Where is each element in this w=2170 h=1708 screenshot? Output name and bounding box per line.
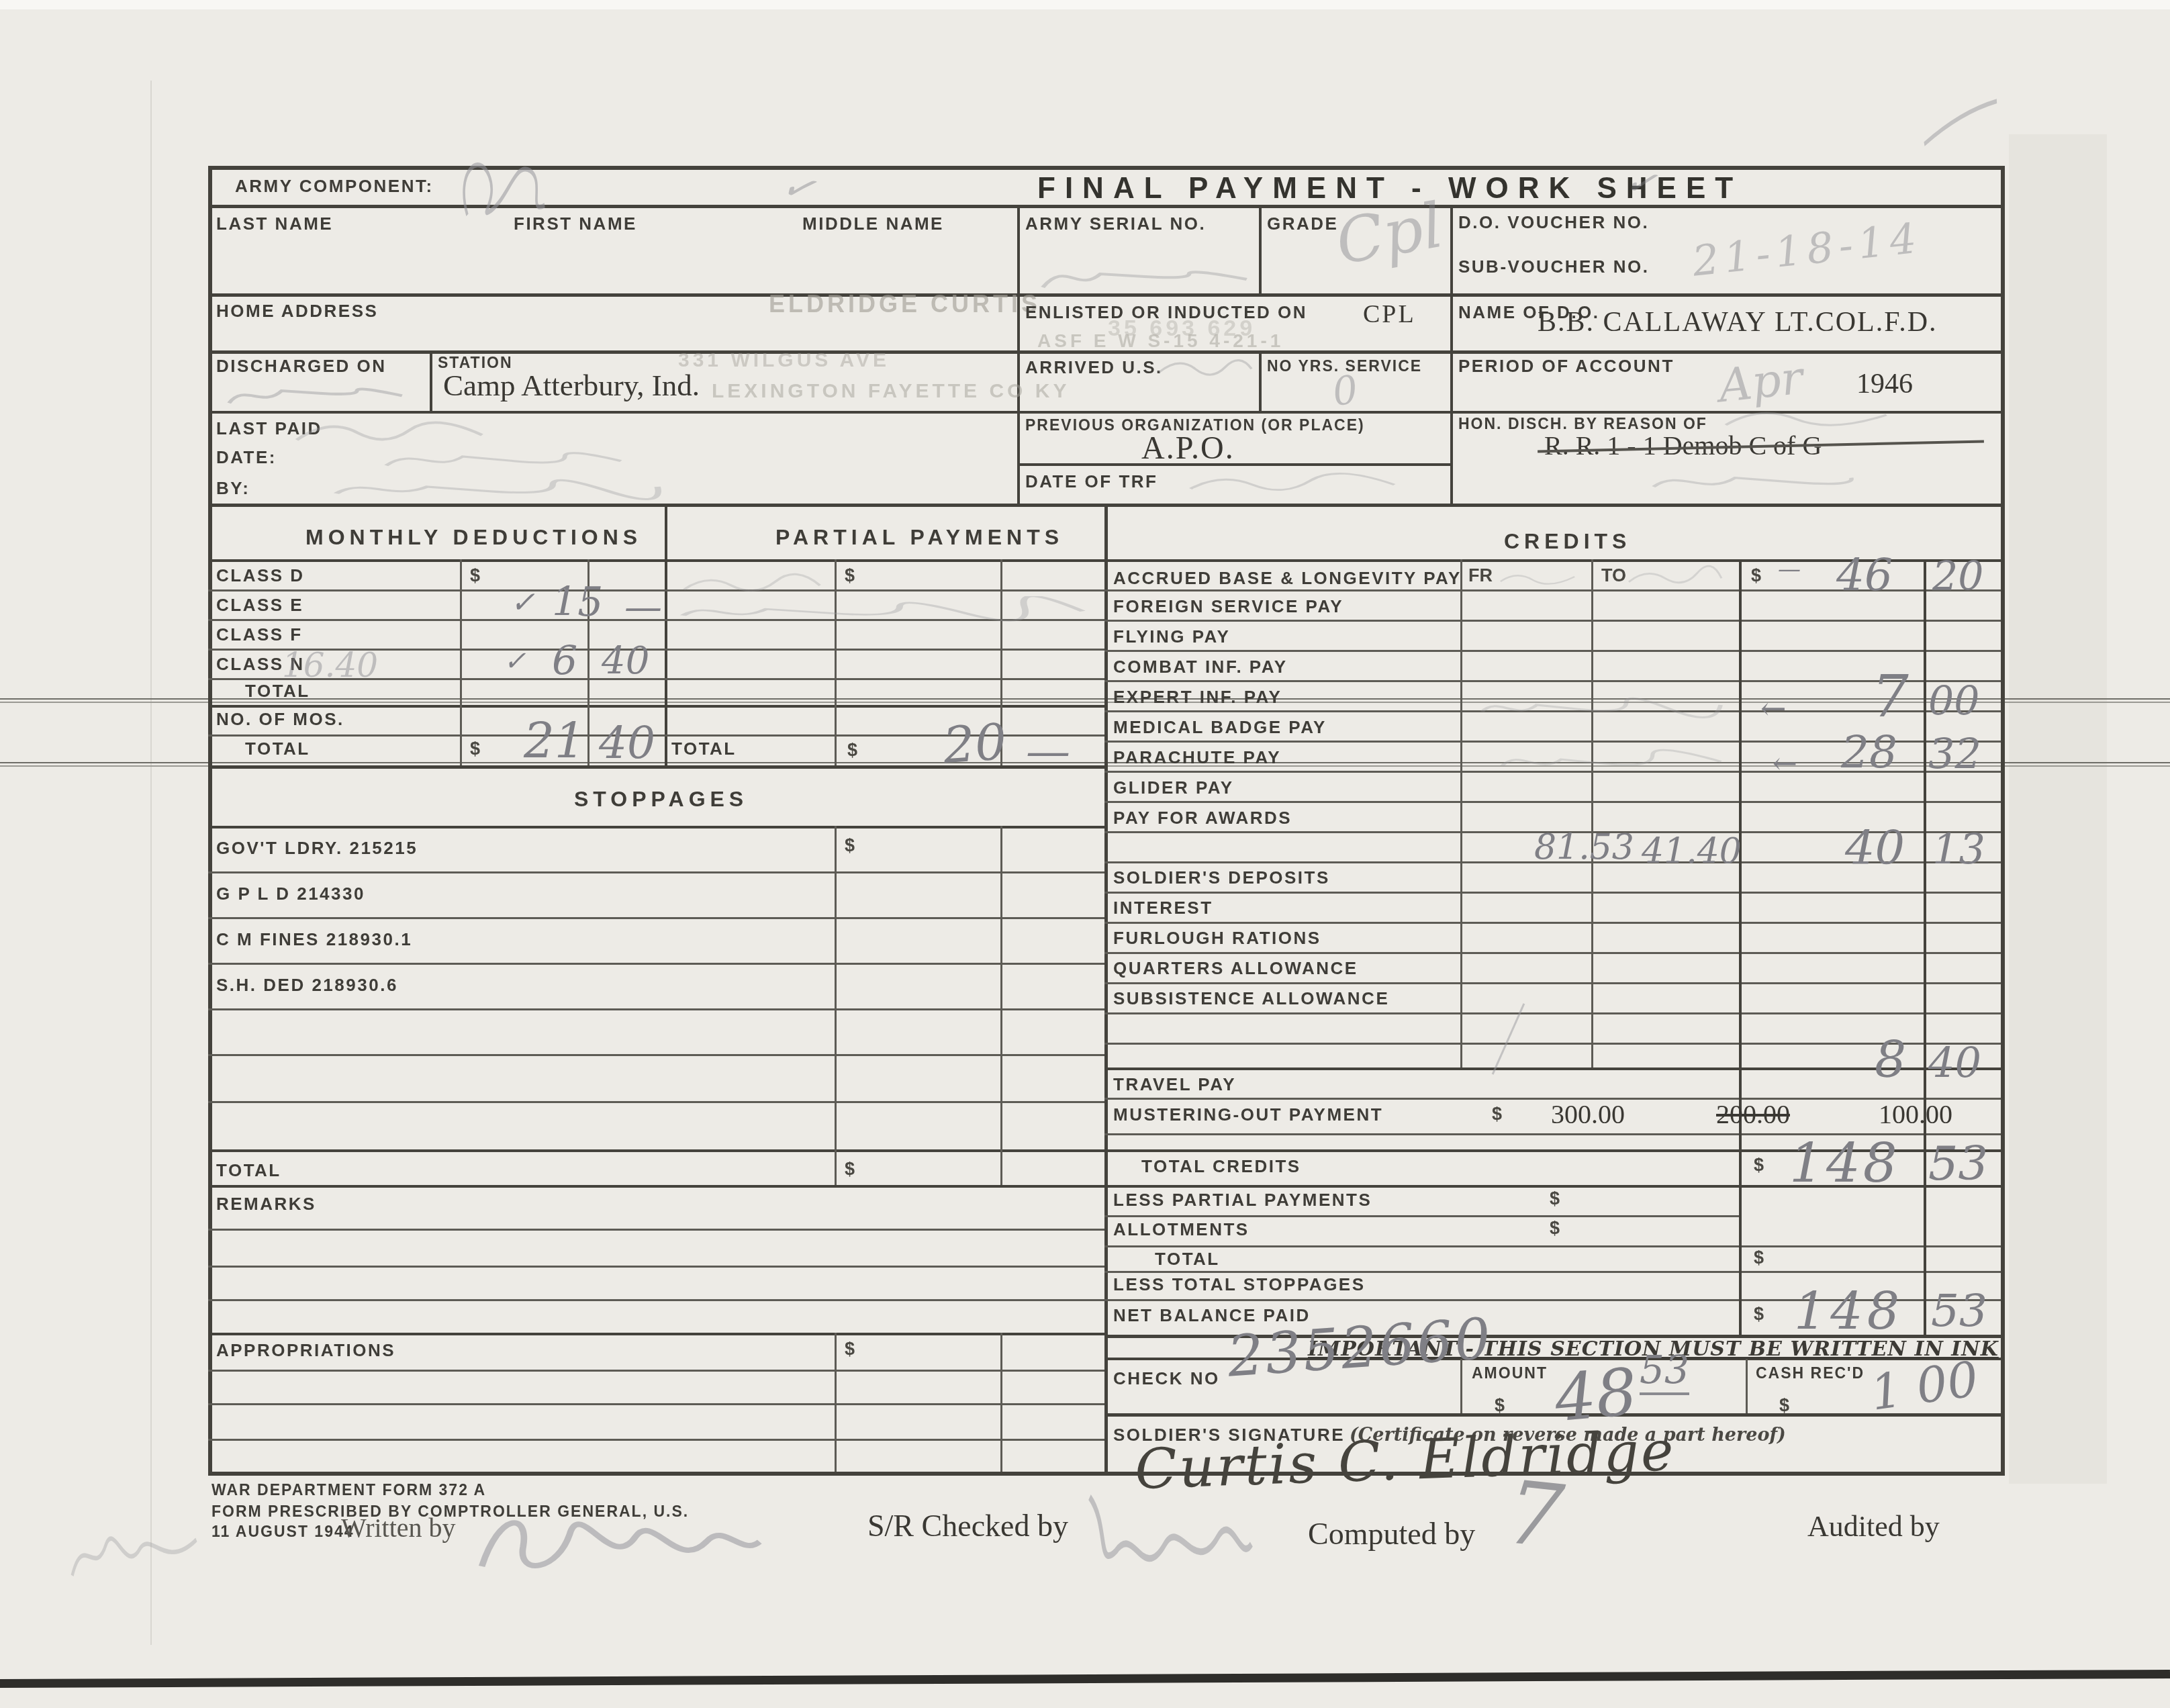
discharged-on-label: DISCHARGED ON	[216, 356, 387, 377]
stoppages-title: STOPPAGES	[574, 787, 748, 812]
total-credits-cents: 53	[1928, 1136, 1988, 1191]
arrived-us-label: ARRIVED U.S.	[1025, 357, 1163, 378]
credit-row-label: PARACHUTE PAY	[1113, 747, 1281, 768]
credit-row-label: FLYING PAY	[1113, 626, 1230, 647]
station-value: Camp Atterbury, Ind.	[443, 368, 700, 403]
class-e-cents: —	[624, 585, 662, 629]
pencil-scribble	[322, 473, 671, 507]
grid-line	[665, 504, 667, 765]
grid-line	[208, 1185, 1104, 1188]
credit-row-label: SOLDIER'S DEPOSITS	[1113, 867, 1330, 888]
partial-dollar-sign: $	[845, 565, 855, 586]
grid-line	[1104, 1413, 2001, 1417]
sub-voucher-pencil-value: 21-18-14	[1690, 213, 1924, 285]
pencil-scribble	[1034, 255, 1256, 295]
cash-dollar-sign: $	[1779, 1395, 1789, 1416]
grid-line	[1746, 1358, 1748, 1413]
grid-line	[208, 826, 1104, 828]
period-label: PERIOD OF ACCOUNT	[1458, 356, 1674, 377]
allotments-label: ALLOTMENTS	[1113, 1219, 1249, 1240]
scan-artifact-line	[0, 698, 2170, 700]
middle-name-label: MIDDLE NAME	[802, 213, 944, 234]
credit-row-label: SUBSISTENCE ALLOWANCE	[1113, 988, 1389, 1009]
computed-by-label: Computed by	[1308, 1516, 1475, 1552]
combat-cents: 00	[1928, 678, 1979, 725]
stamped-soldier-name: ELDRIDGE CURTIS	[769, 290, 1041, 318]
date-of-trf-label: DATE OF TRF	[1025, 471, 1158, 492]
credits-total-label: TOTAL	[1155, 1249, 1220, 1270]
parachute-cents: 32	[1928, 729, 1981, 778]
form-border-left	[208, 166, 212, 1476]
amount-cents: 53	[1640, 1347, 1689, 1395]
grid-line	[1104, 1067, 2001, 1070]
date-label: DATE:	[216, 447, 277, 468]
total-credits-value: 148	[1789, 1132, 1900, 1194]
grid-line	[460, 559, 462, 765]
total-credits-label: TOTAL CREDITS	[1141, 1156, 1301, 1177]
mustering-amount-200-struck: 200.00	[1716, 1098, 1790, 1130]
credit-row-label: FOREIGN SERVICE PAY	[1113, 596, 1343, 617]
do-voucher-label: D.O. VOUCHER NO.	[1458, 212, 1649, 233]
pencil-signature-scribble	[470, 1507, 765, 1581]
sub-voucher-label: SUB-VOUCHER NO.	[1458, 256, 1650, 277]
grid-line	[1017, 205, 1020, 504]
grid-line	[208, 1370, 1104, 1372]
scan-bottom-bar	[0, 1670, 2170, 1688]
allotments-dollar: $	[1550, 1218, 1560, 1239]
pencil-scribble	[1477, 692, 1726, 725]
footer-form-line3: 11 AUGUST 1944	[211, 1523, 355, 1541]
army-component-label: ARMY COMPONENT:	[235, 176, 434, 197]
stamped-address-line2: LEXINGTON FAYETTE CO KY	[712, 380, 1070, 403]
pencil-scribble	[1625, 564, 1726, 591]
grid-line	[208, 1101, 1104, 1103]
deductions-dollar-sign: $	[470, 565, 480, 586]
appropriations-label: APPROPRIATIONS	[216, 1340, 395, 1361]
sr-checked-by-label: S/R Checked by	[867, 1508, 1068, 1544]
footer-form-line1: WAR DEPARTMENT FORM 372 A	[211, 1481, 486, 1499]
grid-line	[1104, 952, 2001, 954]
grid-line	[835, 559, 837, 765]
grid-line	[1104, 801, 2001, 803]
combat-value: 7	[1872, 663, 1909, 730]
grid-line	[1104, 650, 2001, 652]
pencil-scribble	[1920, 94, 2001, 148]
appropriations-dollar: $	[845, 1339, 855, 1360]
credit-row-label: ACCRUED BASE & LONGEVITY PAY	[1113, 568, 1462, 589]
paper-edge-line	[150, 81, 152, 1645]
grid-line	[208, 1299, 1104, 1301]
deductions-total-label: TOTAL	[245, 681, 310, 702]
credits-title: CREDITS	[1504, 529, 1631, 554]
first-name-label: FIRST NAME	[514, 213, 637, 234]
class-n-value: 6	[552, 638, 577, 685]
pencil-scribble	[1155, 354, 1256, 381]
grid-line	[1104, 620, 2001, 622]
form-border-right	[2001, 166, 2005, 1476]
credit-row-label: INTEREST	[1113, 898, 1213, 918]
grid-line	[208, 871, 1104, 873]
grid-line	[208, 705, 1104, 708]
enlisted-detail-stamp: ASF E W S-15 4-21-1	[1037, 330, 1284, 352]
grand-total-cents: 40	[599, 717, 655, 769]
stoppages-total-label: TOTAL	[216, 1160, 281, 1181]
class-n-scribble: 16.40	[282, 646, 378, 685]
stamped-address-line1: 331 WILGUS AVE	[678, 349, 890, 372]
combat-pencil-arrow: ←	[1760, 690, 1787, 726]
less-partial-dollar: $	[1550, 1188, 1560, 1209]
pencil-scribble	[376, 443, 631, 477]
home-address-label: HOME ADDRESS	[216, 301, 378, 322]
grid-line	[1104, 1215, 1739, 1217]
pencil-scribble	[222, 376, 410, 413]
to-label: TO	[1601, 565, 1626, 586]
written-by-label: Written by	[341, 1512, 456, 1544]
stoppage-row-label: C M FINES 218930.1	[216, 929, 412, 950]
pencil-signature-scribble	[1071, 1490, 1259, 1591]
awards-fr-value: 81.53	[1534, 827, 1634, 867]
audited-by-label: Audited by	[1807, 1509, 1940, 1544]
parachute-value: 28	[1841, 726, 1897, 778]
grid-line	[1450, 205, 1453, 504]
deductions-title: MONTHLY DEDUCTIONS	[305, 525, 642, 550]
last-name-label: LAST NAME	[216, 213, 333, 234]
grid-line	[208, 963, 1104, 965]
net-balance-cents: 53	[1931, 1285, 1987, 1337]
cash-recd-label: CASH REC'D	[1756, 1364, 1865, 1382]
computed-by-pencil-mark: 7	[1502, 1461, 1568, 1568]
stoppage-row-label: GOV'T LDRY. 215215	[216, 838, 418, 859]
net-balance-value: 148	[1794, 1281, 1903, 1341]
travel-cents: 40	[1928, 1038, 1981, 1087]
class-f-label: CLASS F	[216, 624, 303, 645]
credit-row-label: PAY FOR AWARDS	[1113, 808, 1292, 828]
grid-line	[208, 1054, 1104, 1056]
accrued-cents: 20	[1932, 553, 1983, 600]
grid-line	[208, 1008, 1104, 1010]
amount-dollar-sign: $	[1495, 1395, 1505, 1416]
partial-total-value: 20	[941, 713, 1008, 775]
grid-line	[835, 826, 837, 1185]
credit-row-label: QUARTERS ALLOWANCE	[1113, 958, 1358, 979]
class-e-label: CLASS E	[216, 595, 303, 616]
pencil-scribble	[64, 1517, 205, 1584]
mustering-dollar-sign: $	[1492, 1104, 1502, 1125]
credits-total-dollar: $	[1754, 1247, 1764, 1268]
class-n-check: ✓	[504, 646, 526, 677]
remarks-label: REMARKS	[216, 1194, 316, 1215]
pencil-scribble	[678, 569, 826, 600]
net-balance-dollar: $	[1754, 1304, 1764, 1325]
grid-line	[1259, 205, 1262, 293]
credit-row-label: COMBAT INF. PAY	[1113, 657, 1287, 677]
total-credits-dollar: $	[1754, 1155, 1764, 1176]
grid-line	[1104, 1012, 2001, 1014]
grid-line	[1104, 892, 2001, 894]
accrued-pencil-tick: —	[1778, 556, 1801, 583]
pencil-scribble	[1182, 469, 1403, 499]
credit-row-label: MUSTERING-OUT PAYMENT	[1113, 1104, 1383, 1125]
grid-line	[208, 1439, 1104, 1441]
grid-line	[1460, 559, 1462, 1067]
grid-line	[1000, 1333, 1002, 1472]
grid-line	[208, 1403, 1104, 1405]
pencil-scribble	[1645, 467, 1860, 500]
partial-total-cents: —	[1026, 725, 1070, 777]
travel-value: 8	[1875, 1031, 1906, 1089]
deductions-grand-total-label: TOTAL	[245, 739, 310, 759]
grid-line	[1104, 1245, 2001, 1247]
grid-line	[1104, 504, 1108, 1472]
credit-row-label: EXPERT INF. PAY	[1113, 687, 1282, 708]
grade-label: GRADE	[1267, 213, 1338, 234]
no-of-mos-label: NO. OF MOS.	[216, 709, 344, 730]
credit-row-label: FURLOUGH RATIONS	[1113, 928, 1321, 949]
stoppages-dollar-sign: $	[845, 835, 855, 856]
enlisted-label: ENLISTED OR INDUCTED ON	[1025, 302, 1307, 323]
grid-line	[1259, 350, 1262, 411]
grid-line	[208, 917, 1104, 919]
by-label: BY:	[216, 478, 250, 499]
mustering-amount-100: 100.00	[1879, 1098, 1952, 1130]
period-year: 1946	[1856, 368, 1913, 400]
grid-line	[1739, 559, 1742, 1335]
partial-total-dollar-sign: $	[847, 740, 857, 761]
grid-line	[208, 1266, 1104, 1268]
class-d-label: CLASS D	[216, 565, 305, 586]
mustering-amount-300: 300.00	[1551, 1098, 1625, 1130]
grid-line	[208, 1229, 1104, 1231]
accrued-value: 46	[1836, 549, 1893, 601]
class-e-value: 15	[552, 579, 603, 626]
scanned-final-payment-worksheet: ARMY COMPONENT: ✓ FINAL PAYMENT - WORK S…	[0, 0, 2170, 1708]
awards-cents: 13	[1932, 824, 1985, 873]
paper-edge-shadow	[2009, 134, 2107, 1484]
cash-recd-value: 1 00	[1867, 1350, 1981, 1421]
grid-line	[208, 1149, 1104, 1152]
fr-label: FR	[1468, 565, 1493, 586]
stoppage-row-label: G P L D 214330	[216, 884, 365, 904]
partial-title: PARTIAL PAYMENTS	[775, 525, 1064, 550]
scan-artifact-line	[0, 702, 2170, 703]
check-no-label: CHECK NO	[1113, 1368, 1220, 1389]
credits-dollar-sign: $	[1751, 565, 1761, 586]
credit-row-label: MEDICAL BADGE PAY	[1113, 717, 1327, 738]
grid-line	[1104, 1043, 2001, 1045]
class-n-cents: 40	[602, 639, 649, 683]
scan-top-strip	[0, 0, 2170, 9]
name-of-do-value: B.B. CALLAWAY LT.COL.F.D.	[1538, 306, 1938, 338]
less-stoppages-label: LESS TOTAL STOPPAGES	[1113, 1274, 1366, 1295]
previous-org-value: A.P.O.	[1141, 430, 1235, 467]
stoppages-total-dollar: $	[845, 1159, 855, 1180]
amount-label: AMOUNT	[1472, 1364, 1548, 1382]
grand-total-value: 21	[524, 713, 585, 769]
stoppage-row-label: S.H. DED 218930.6	[216, 975, 398, 996]
grid-line	[835, 1333, 837, 1472]
awards-to-value: 41.40	[1642, 831, 1742, 871]
pencil-scribble	[1497, 567, 1578, 591]
pencil-scribble	[1497, 747, 1726, 779]
serial-label: ARMY SERIAL NO.	[1025, 213, 1206, 234]
credit-row-label: GLIDER PAY	[1113, 777, 1234, 798]
grid-line	[208, 1333, 1104, 1335]
credit-row-label: TRAVEL PAY	[1113, 1074, 1236, 1095]
parachute-pencil-arrow: ←	[1773, 747, 1797, 781]
class-e-check: ✓	[510, 585, 535, 620]
grid-line	[1104, 982, 2001, 984]
grid-line	[430, 350, 432, 411]
form-border-bottom	[208, 1472, 2005, 1476]
awards-value: 40	[1845, 820, 1905, 875]
less-partial-label: LESS PARTIAL PAYMENTS	[1113, 1190, 1372, 1211]
grid-line	[1000, 826, 1002, 1185]
grand-total-dollar-sign: $	[470, 739, 480, 759]
enlisted-grade-value: CPL	[1363, 299, 1416, 329]
partial-total-label: TOTAL	[671, 739, 737, 759]
pencil-scribble	[1719, 403, 1893, 433]
grid-line	[1591, 559, 1593, 1067]
grid-line	[1104, 922, 2001, 924]
grid-line	[1104, 680, 2001, 682]
pencil-scribble	[675, 596, 1091, 628]
grid-line	[1104, 1271, 2001, 1273]
grid-line	[1924, 559, 1926, 1335]
